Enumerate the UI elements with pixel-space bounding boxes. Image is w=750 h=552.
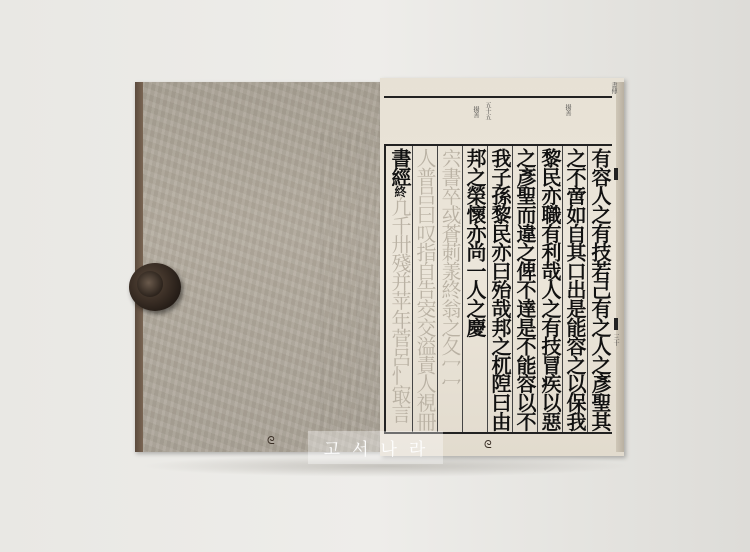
watermark: 고서나라 — [308, 431, 443, 464]
fold-label: 書傳 — [609, 82, 618, 94]
page-number: 三十 — [611, 334, 620, 346]
text-column-title-end: 書經終凢千卅殘并苹年菅呂忄㝡言文 — [387, 146, 412, 432]
text-column-faint-1: 宍書卒㦯蒼莿羕終翁之夂冖冖 — [437, 146, 462, 432]
book-title: 書經 — [388, 148, 412, 186]
fold-mark-top — [614, 168, 618, 180]
text-column-faint-2: 人普吕曰叹指自告㝔交溢責人視冊款 — [412, 146, 437, 432]
end-marker: 終 — [393, 186, 407, 197]
text-column-4: 之彥聖而違之俾不達是不能容以不能保 — [512, 146, 537, 432]
right-text-page: 揚善 五十五 揚善 書傳 三十 有容人之有技若己有之人之彥聖其心好 之不啻如自其… — [380, 78, 624, 456]
text-column-3: 黎民亦職有利哉人之有技冒疾以惡之人 — [537, 146, 562, 432]
clasp-knob — [137, 271, 163, 297]
brass-clasp-weight — [129, 263, 181, 311]
page-mark-left: ᘓ — [267, 434, 275, 448]
header-note-2: 五十五 — [484, 102, 490, 120]
bleed-through-text — [320, 132, 376, 432]
text-column-6: 邦之榮懷亦尚一人之慶 — [462, 146, 487, 432]
left-cover-page: ᘓ — [135, 82, 380, 452]
fold-mark-bottom — [614, 318, 618, 330]
page-fore-edge — [616, 82, 624, 452]
header-margin: 揚善 五十五 揚善 — [384, 96, 612, 146]
page-mark-right: ᘓ — [484, 438, 492, 452]
text-column-1: 有容人之有技若己有之人之彥聖其心好 — [587, 146, 612, 432]
header-note-1: 揚善 — [472, 106, 478, 118]
text-block: 有容人之有技若己有之人之彥聖其心好 之不啻如自其口出是能容之以保我子孫 黎民亦職… — [384, 144, 612, 434]
text-column-5: 我子孫黎民亦曰殆哉邦之杌隉曰由一人 — [487, 146, 512, 432]
header-note-3: 揚善 — [564, 104, 570, 116]
text-column-2: 之不啻如自其口出是能容之以保我子孫 — [562, 146, 587, 432]
